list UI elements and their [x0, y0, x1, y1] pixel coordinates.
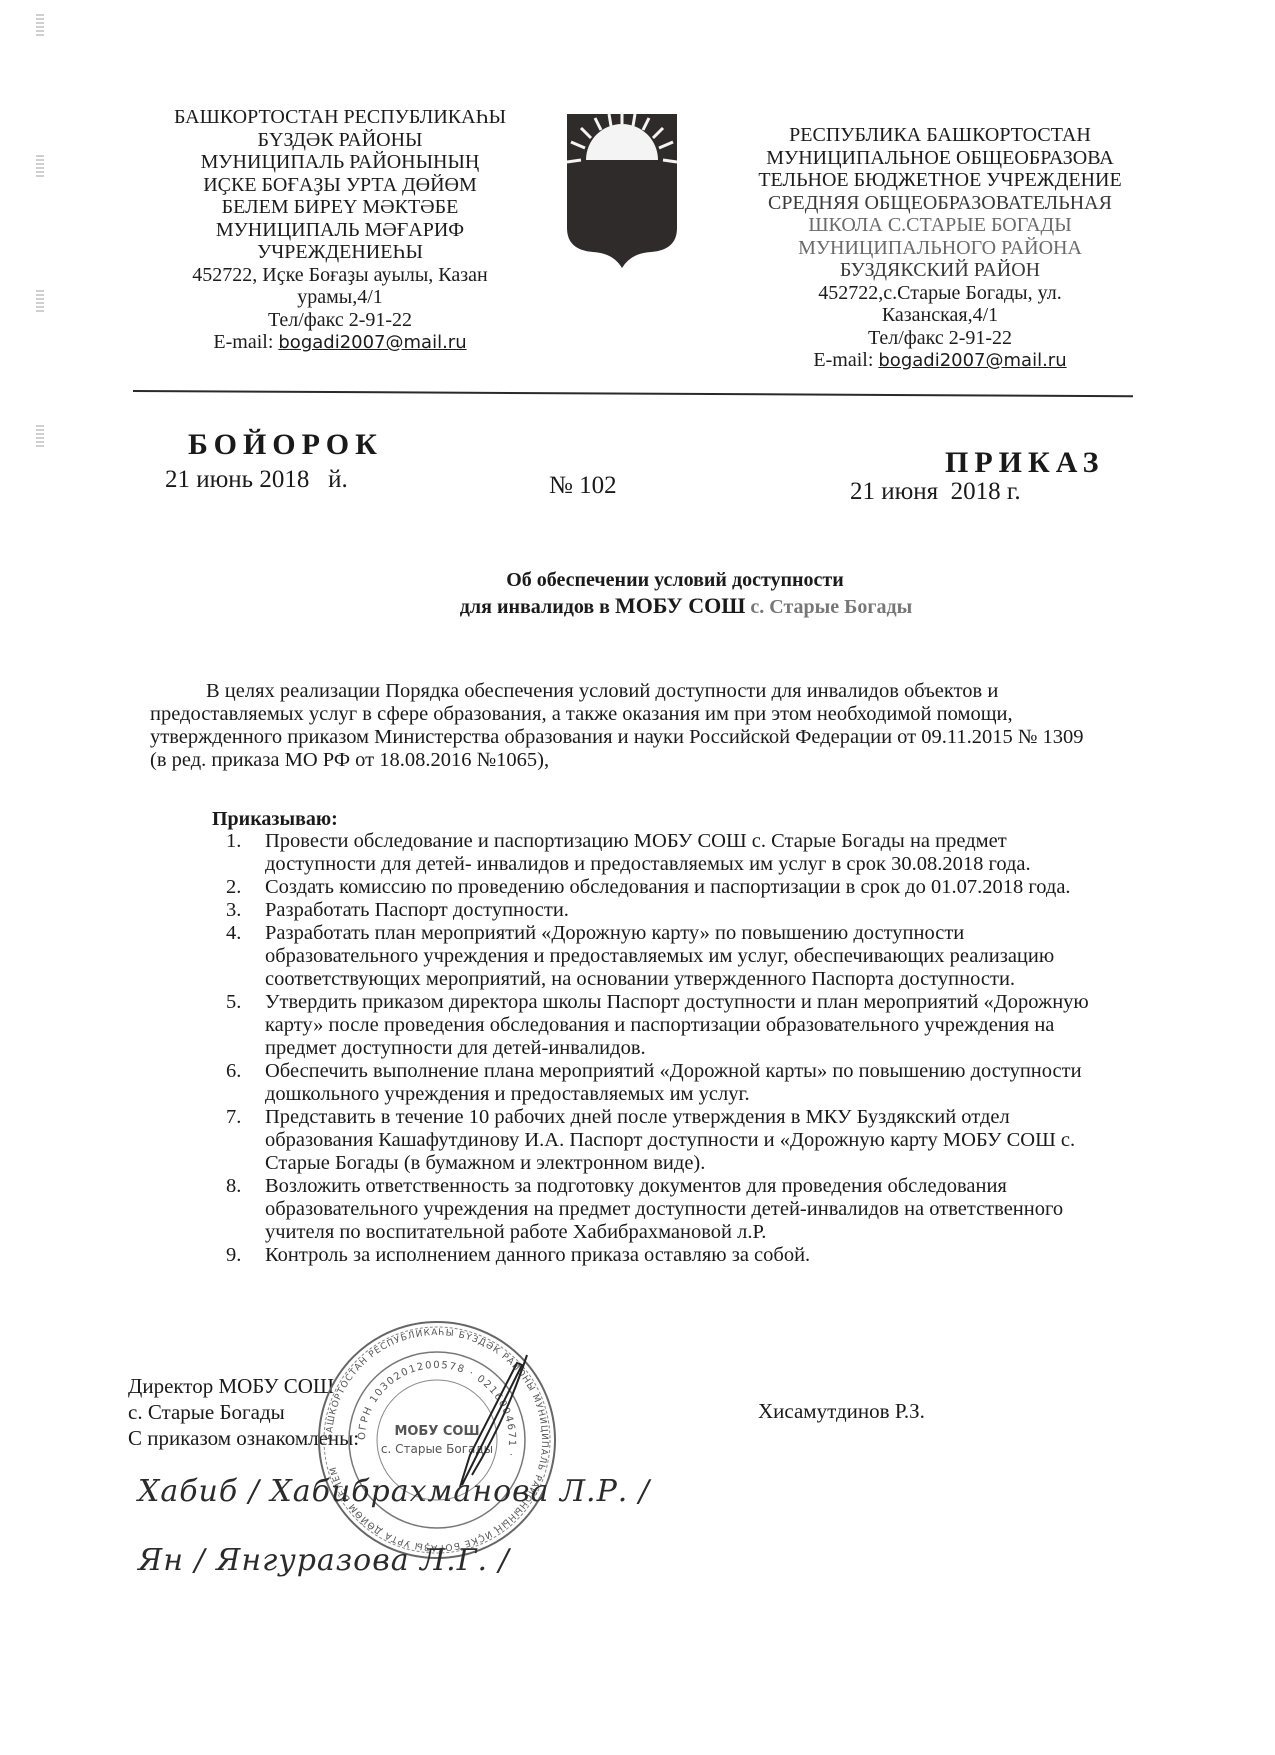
header-line: МУНИЦИПАЛЬ МӘҒАРИФ — [140, 219, 540, 242]
decree-item: 3. Разработать Паспорт доступности. — [212, 899, 1202, 922]
preamble: В целях реализации Порядка обеспечения у… — [150, 680, 1210, 772]
decree-items: 1. Провести обследование и паспортизацию… — [212, 830, 1202, 1267]
item-line: образования Кашафутдинову И.А. Паспорт д… — [265, 1129, 1202, 1152]
decree-item: 6. Обеспечить выполнение плана мероприят… — [212, 1060, 1202, 1106]
email-line: E-mail: bogadi2007@mail.ru — [730, 349, 1150, 373]
header-line: БУЗДЯКСКИЙ РАЙОН — [730, 259, 1150, 282]
item-line: доступности для детей- инвалидов и предо… — [265, 853, 1202, 876]
decree-label: Приказываю: — [212, 808, 338, 831]
item-line: предмет доступности для детей-инвалидов. — [265, 1037, 1202, 1060]
stamp-center-line1: МОБУ СОШ — [394, 1424, 479, 1439]
header-left-bashkir: БАШКОРТОСТАН РЕСПУБЛИКАҺЫ БҮЗДӘК РАЙОНЫ … — [140, 106, 540, 355]
header-line: МУНИЦИПАЛЬНОГО РАЙОНА — [730, 237, 1150, 260]
item-line: Разработать Паспорт доступности. — [265, 899, 1202, 922]
order-date-russian: 21 июня 2018 г. — [850, 478, 1021, 506]
item-number: 2. — [226, 876, 241, 899]
order-title-russian: ПРИКАЗ — [945, 446, 1105, 480]
item-number: 9. — [226, 1244, 241, 1267]
decree-item: 9. Контроль за исполнением данного прика… — [212, 1244, 1202, 1267]
item-line: образовательного учреждения и предоставл… — [265, 945, 1202, 968]
decree-item: 7. Представить в течение 10 рабочих дней… — [212, 1106, 1202, 1175]
subject-text: для инвалидов в — [460, 596, 615, 618]
header-line: ИҪКЕ БОҒАҘЫ УРТА ДӨЙӨМ — [140, 174, 540, 197]
item-line: дошкольного учреждения и предоставляемых… — [265, 1083, 1202, 1106]
item-number: 6. — [226, 1060, 241, 1083]
header-line: БЕЛЕМ БИРЕҮ МӘКТӘБЕ — [140, 196, 540, 219]
address-line: 452722, Иҫке Боғаҙы ауылы, Казан — [140, 264, 540, 287]
item-line: Возложить ответственность за подготовку … — [265, 1175, 1202, 1198]
decree-item: 8. Возложить ответственность за подготов… — [212, 1175, 1202, 1244]
item-number: 7. — [226, 1106, 241, 1129]
official-stamp-icon: БАШКОРТОСТАН РЕСПУБЛИКАҺЫ БҮЗДӘК РАЙОНЫ … — [312, 1315, 562, 1565]
item-number: 3. — [226, 899, 241, 922]
preamble-line: предоставляемых услуг в сфере образовани… — [150, 703, 1210, 726]
item-line: образовательного учреждения на предмет д… — [265, 1198, 1202, 1221]
header-line: БҮЗДӘК РАЙОНЫ — [140, 129, 540, 152]
header-right-russian: РЕСПУБЛИКА БАШКОРТОСТАН МУНИЦИПАЛЬНОЕ ОБ… — [730, 124, 1150, 373]
header-line: ТЕЛЬНОЕ БЮДЖЕТНОЕ УЧРЕЖДЕНИЕ — [730, 169, 1150, 192]
email-link[interactable]: bogadi2007@mail.ru — [878, 350, 1066, 371]
header-line: МУНИЦИПАЛЬ РАЙОНЫНЫҢ — [140, 151, 540, 174]
header-line: ШКОЛА С.СТАРЫЕ БОГАДЫ — [730, 214, 1150, 237]
scan-mark — [36, 14, 44, 36]
decree-item: 2. Создать комиссию по проведению обслед… — [212, 876, 1202, 899]
scan-mark — [36, 425, 44, 447]
item-line: Провести обследование и паспортизацию МО… — [265, 830, 1202, 853]
item-line: соответствующих мероприятий, на основани… — [265, 968, 1202, 991]
signer-name: Хисамутдинов Р.З. — [758, 1399, 925, 1424]
item-number: 5. — [226, 991, 241, 1014]
preamble-line: (в ред. приказа МО РФ от 18.08.2016 №106… — [150, 749, 1210, 772]
item-line: Разработать план мероприятий «Дорожную к… — [265, 922, 1202, 945]
decree-item: 5. Утвердить приказом директора школы Па… — [212, 991, 1202, 1060]
order-number: № 102 — [549, 472, 617, 500]
address-line: урамы,4/1 — [140, 286, 540, 309]
coat-of-arms-icon — [561, 110, 683, 270]
decree-item: 1. Провести обследование и паспортизацию… — [212, 830, 1202, 876]
subject-school: МОБУ СОШ — [615, 593, 745, 618]
item-line: Старые Богады (в бумажном и электронном … — [265, 1152, 1202, 1175]
header-divider — [133, 390, 1133, 397]
item-line: Представить в течение 10 рабочих дней по… — [265, 1106, 1202, 1129]
item-line: Утвердить приказом директора школы Паспо… — [265, 991, 1202, 1014]
order-title-bashkir: БОЙОРОК — [188, 428, 383, 462]
subject-village: с. Старые Богады — [745, 596, 912, 618]
item-line: Контроль за исполнением данного приказа … — [265, 1244, 1202, 1267]
address-line: Казанская,4/1 — [730, 304, 1150, 327]
header-line: БАШКОРТОСТАН РЕСПУБЛИКАҺЫ — [140, 106, 540, 129]
handwritten-signature-2: Ян / Янгуразова Л.Г. / — [138, 1543, 510, 1578]
subject-line: для инвалидов в МОБУ СОШ с. Старые Богад… — [200, 593, 1150, 620]
subject-line: Об обеспечении условий доступности — [200, 568, 1150, 593]
preamble-line: утвержденного приказом Министерства обра… — [150, 726, 1210, 749]
preamble-line: В целях реализации Порядка обеспечения у… — [150, 680, 1210, 703]
item-line: карту» после проведения обследования и п… — [265, 1014, 1202, 1037]
order-subject: Об обеспечении условий доступности для и… — [200, 568, 1150, 620]
phone-line: Тел/факс 2-91-22 — [730, 327, 1150, 350]
item-number: 1. — [226, 830, 241, 853]
scan-mark — [36, 290, 44, 312]
email-label: E-mail: — [213, 331, 278, 353]
scan-mark — [36, 155, 44, 177]
header-line: РЕСПУБЛИКА БАШКОРТОСТАН — [730, 124, 1150, 147]
address-line: 452722,с.Старые Богады, ул. — [730, 282, 1150, 305]
header-line: СРЕДНЯЯ ОБЩЕОБРАЗОВАТЕЛЬНАЯ — [730, 192, 1150, 215]
email-label: E-mail: — [813, 349, 878, 371]
decree-item: 4. Разработать план мероприятий «Дорожну… — [212, 922, 1202, 991]
item-number: 8. — [226, 1175, 241, 1198]
item-line: Обеспечить выполнение плана мероприятий … — [265, 1060, 1202, 1083]
phone-line: Тел/факс 2-91-22 — [140, 309, 540, 332]
header-line: МУНИЦИПАЛЬНОЕ ОБЩЕОБРАЗОВА — [730, 147, 1150, 170]
item-line: Создать комиссию по проведению обследова… — [265, 876, 1202, 899]
handwritten-signature-1: Хабиб / Хабибрахманова Л.Р. / — [138, 1474, 650, 1509]
item-line: учителя по воспитательной работе Хабибра… — [265, 1221, 1202, 1244]
email-link[interactable]: bogadi2007@mail.ru — [278, 332, 466, 353]
order-date-bashkir: 21 июнь 2018 й. — [165, 466, 348, 494]
item-number: 4. — [226, 922, 241, 945]
header-line: УЧРЕЖДЕНИЕҺЫ — [140, 241, 540, 264]
email-line: E-mail: bogadi2007@mail.ru — [140, 331, 540, 355]
